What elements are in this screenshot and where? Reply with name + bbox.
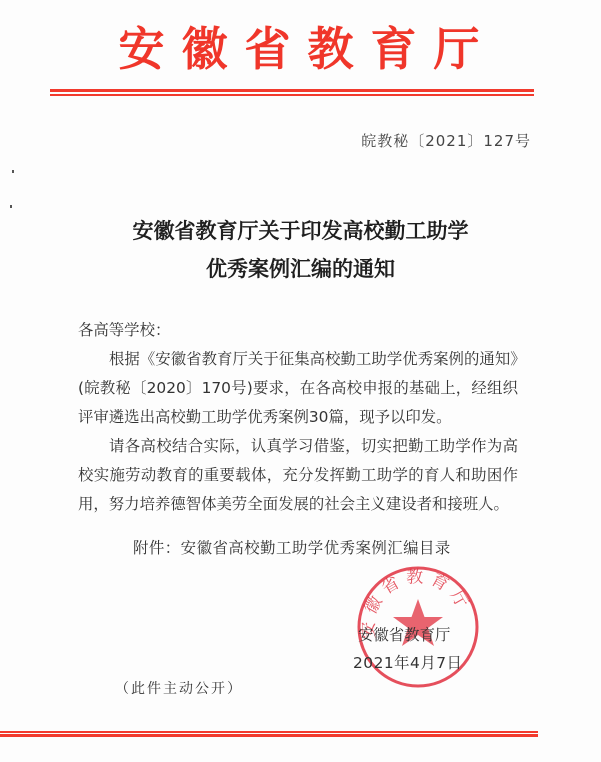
footer-red-rule-thick: [0, 734, 538, 737]
disclosure-note: （此件主动公开）: [115, 678, 243, 698]
salutation: 各高等学校：: [78, 316, 518, 345]
paragraph-text: 根据《安徽省教育厅关于征集高校勤工助学优秀案例的通知》(皖教秘〔2020〕170…: [78, 345, 518, 432]
title-line-1: 安徽省教育厅关于印发高校勤工助学: [0, 212, 601, 250]
scan-speck: [10, 205, 12, 208]
paragraph-text: 请各高校结合实际，认真学习借鉴，切实把勤工助学作为高校实施劳动教育的重要载体，充…: [78, 432, 518, 519]
issuer-name: 安徽省教育厅: [358, 623, 450, 645]
title-line-2: 优秀案例汇编的通知: [0, 250, 601, 288]
masthead-red-rule-thick: [50, 89, 534, 92]
body-paragraph-2: 请各高校结合实际，认真学习借鉴，切实把勤工助学作为高校实施劳动教育的重要载体，充…: [78, 432, 518, 519]
attachment-line: 附件：安徽省高校勤工助学优秀案例汇编目录: [133, 536, 451, 558]
document-number: 皖教秘〔2021〕127号: [361, 130, 531, 151]
body-paragraph-1: 根据《安徽省教育厅关于征集高校勤工助学优秀案例的通知》(皖教秘〔2020〕170…: [78, 345, 518, 432]
scan-speck: [12, 170, 14, 173]
footer-red-rule-thin: [0, 731, 538, 733]
issue-date: 2021年4月7日: [353, 651, 462, 673]
masthead-red-rule-thin: [50, 94, 534, 96]
masthead-org-name: 安徽省教育厅: [0, 22, 601, 76]
document-title: 安徽省教育厅关于印发高校勤工助学 优秀案例汇编的通知: [0, 212, 601, 288]
